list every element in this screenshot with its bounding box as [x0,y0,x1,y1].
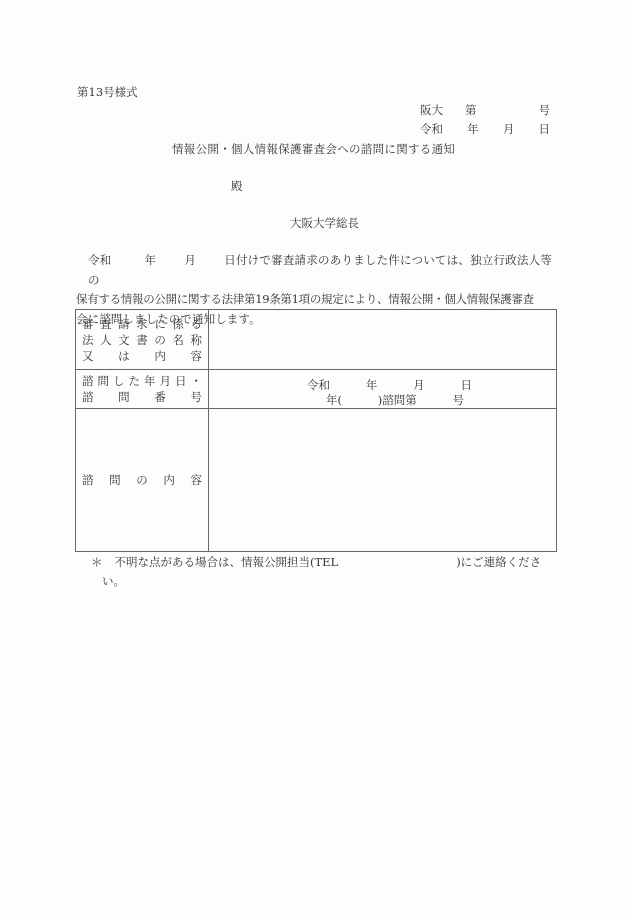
label-char: 内 [154,348,166,364]
label-char: の [154,332,166,348]
reference-number: 阪大 第 号 [420,105,550,117]
label-char: 容 [190,348,202,364]
label-char: し [113,373,125,389]
consult-number-prefix: )諮問第 [378,392,417,408]
label-char: の [136,472,148,488]
label-char: 番 [154,389,166,405]
value-consultation-content[interactable] [209,409,557,552]
addressee: 殿 [231,181,243,193]
label-line: 諮問の内容 [82,472,202,488]
form-number: 第13号様式 [77,87,138,99]
reference-prefix: 第 [465,105,477,117]
label-char: 法 [82,332,94,348]
label-char: 審 [82,316,94,332]
body-era: 令和 [88,253,111,267]
label-char: ・ [191,373,203,389]
body-line-1: 令和年月日付けで審査請求のありました件については、独立行政法人等の [76,251,552,290]
label-char: は [118,348,130,364]
value-document-name[interactable] [209,310,557,370]
label-line: 諮問番号 [82,389,202,405]
consult-month: 月 [413,377,425,393]
issue-date: 令和 年 月 日 [420,124,550,136]
note-marker: ＊ [91,555,103,569]
reference-org: 阪大 [420,105,443,117]
label-char: 請 [118,316,130,332]
label-char: 容 [191,472,203,488]
label-char: 又 [82,348,94,364]
label-char: 係 [172,316,184,332]
consultation-date-line: 令和 年 月 日 [307,377,472,393]
table-row-consultation-date: 諮問した年月日・ 諮問番号 令和 年 月 日 年( )諮問第 号 [76,370,557,409]
label-char: 諮 [82,373,94,389]
label-char: 年 [144,373,156,389]
body-year: 年 [144,253,156,267]
consult-number-year: 年( [326,392,342,408]
note-text-after: )にご連絡くださ [456,555,541,569]
date-year: 年 [467,124,479,136]
body-line-2: 保有する情報の公開に関する法律第19条第1項の規定により、情報公開・個人情報保護… [76,290,552,310]
reference-suffix: 号 [539,105,551,117]
label-char: 問 [98,373,110,389]
label-char: 諮 [82,472,94,488]
label-char: た [129,373,141,389]
label-char: る [190,316,202,332]
label-char: 日 [175,373,187,389]
label-consultation-content: 諮問の内容 [76,409,209,552]
label-line: 諮問した年月日・ [82,373,202,389]
table-row-document-name: 審査請求に係る 法人文書の名称 又は内容 [76,310,557,370]
sender: 大阪大学総長 [290,218,359,230]
label-char: 号 [190,389,202,405]
label-char: 査 [100,316,112,332]
label-consultation-date: 諮問した年月日・ 諮問番号 [76,370,209,409]
label-line: 法人文書の名称 [82,332,202,348]
body-month: 月 [184,253,196,267]
consult-day: 日 [460,377,472,393]
label-char: に [154,316,166,332]
consultation-table: 審査請求に係る 法人文書の名称 又は内容 諮問した年月日・ 諮問番号 令和 年 … [75,309,557,552]
footnote-continuation: い。 [102,576,125,588]
footnote: ＊不明な点がある場合は、情報公開担当(TEL)にご連絡くださ [91,557,541,569]
label-char: 問 [118,389,130,405]
document-title: 情報公開・個人情報保護審査会への諮問に関する通知 [172,144,455,156]
label-line: 又は内容 [82,348,202,364]
consult-year: 年 [366,377,378,393]
label-char: 内 [163,472,175,488]
label-line: 審査請求に係る [82,316,202,332]
label-char: 問 [109,472,121,488]
label-char: 書 [136,332,148,348]
note-text: 不明な点がある場合は、情報公開担当(TEL [115,555,339,569]
consult-era: 令和 [307,377,330,393]
date-day: 日 [538,124,550,136]
date-era: 令和 [420,124,443,136]
label-char: 人 [100,332,112,348]
label-document-name: 審査請求に係る 法人文書の名称 又は内容 [76,310,209,370]
label-char: 称 [190,332,202,348]
date-month: 月 [503,124,515,136]
value-consultation-date[interactable]: 令和 年 月 日 年( )諮問第 号 [209,370,557,409]
label-char: 文 [118,332,130,348]
label-char: 求 [136,316,148,332]
label-char: 諮 [82,389,94,405]
table-row-consultation-content: 諮問の内容 [76,409,557,552]
label-char: 月 [160,373,172,389]
body-line1-text: 日付けで審査請求のありました件については、独立行政法人等の [88,253,552,287]
label-char: 名 [172,332,184,348]
consult-number-suffix: 号 [453,392,465,408]
consultation-number-line: 年( )諮問第 号 [326,392,464,408]
